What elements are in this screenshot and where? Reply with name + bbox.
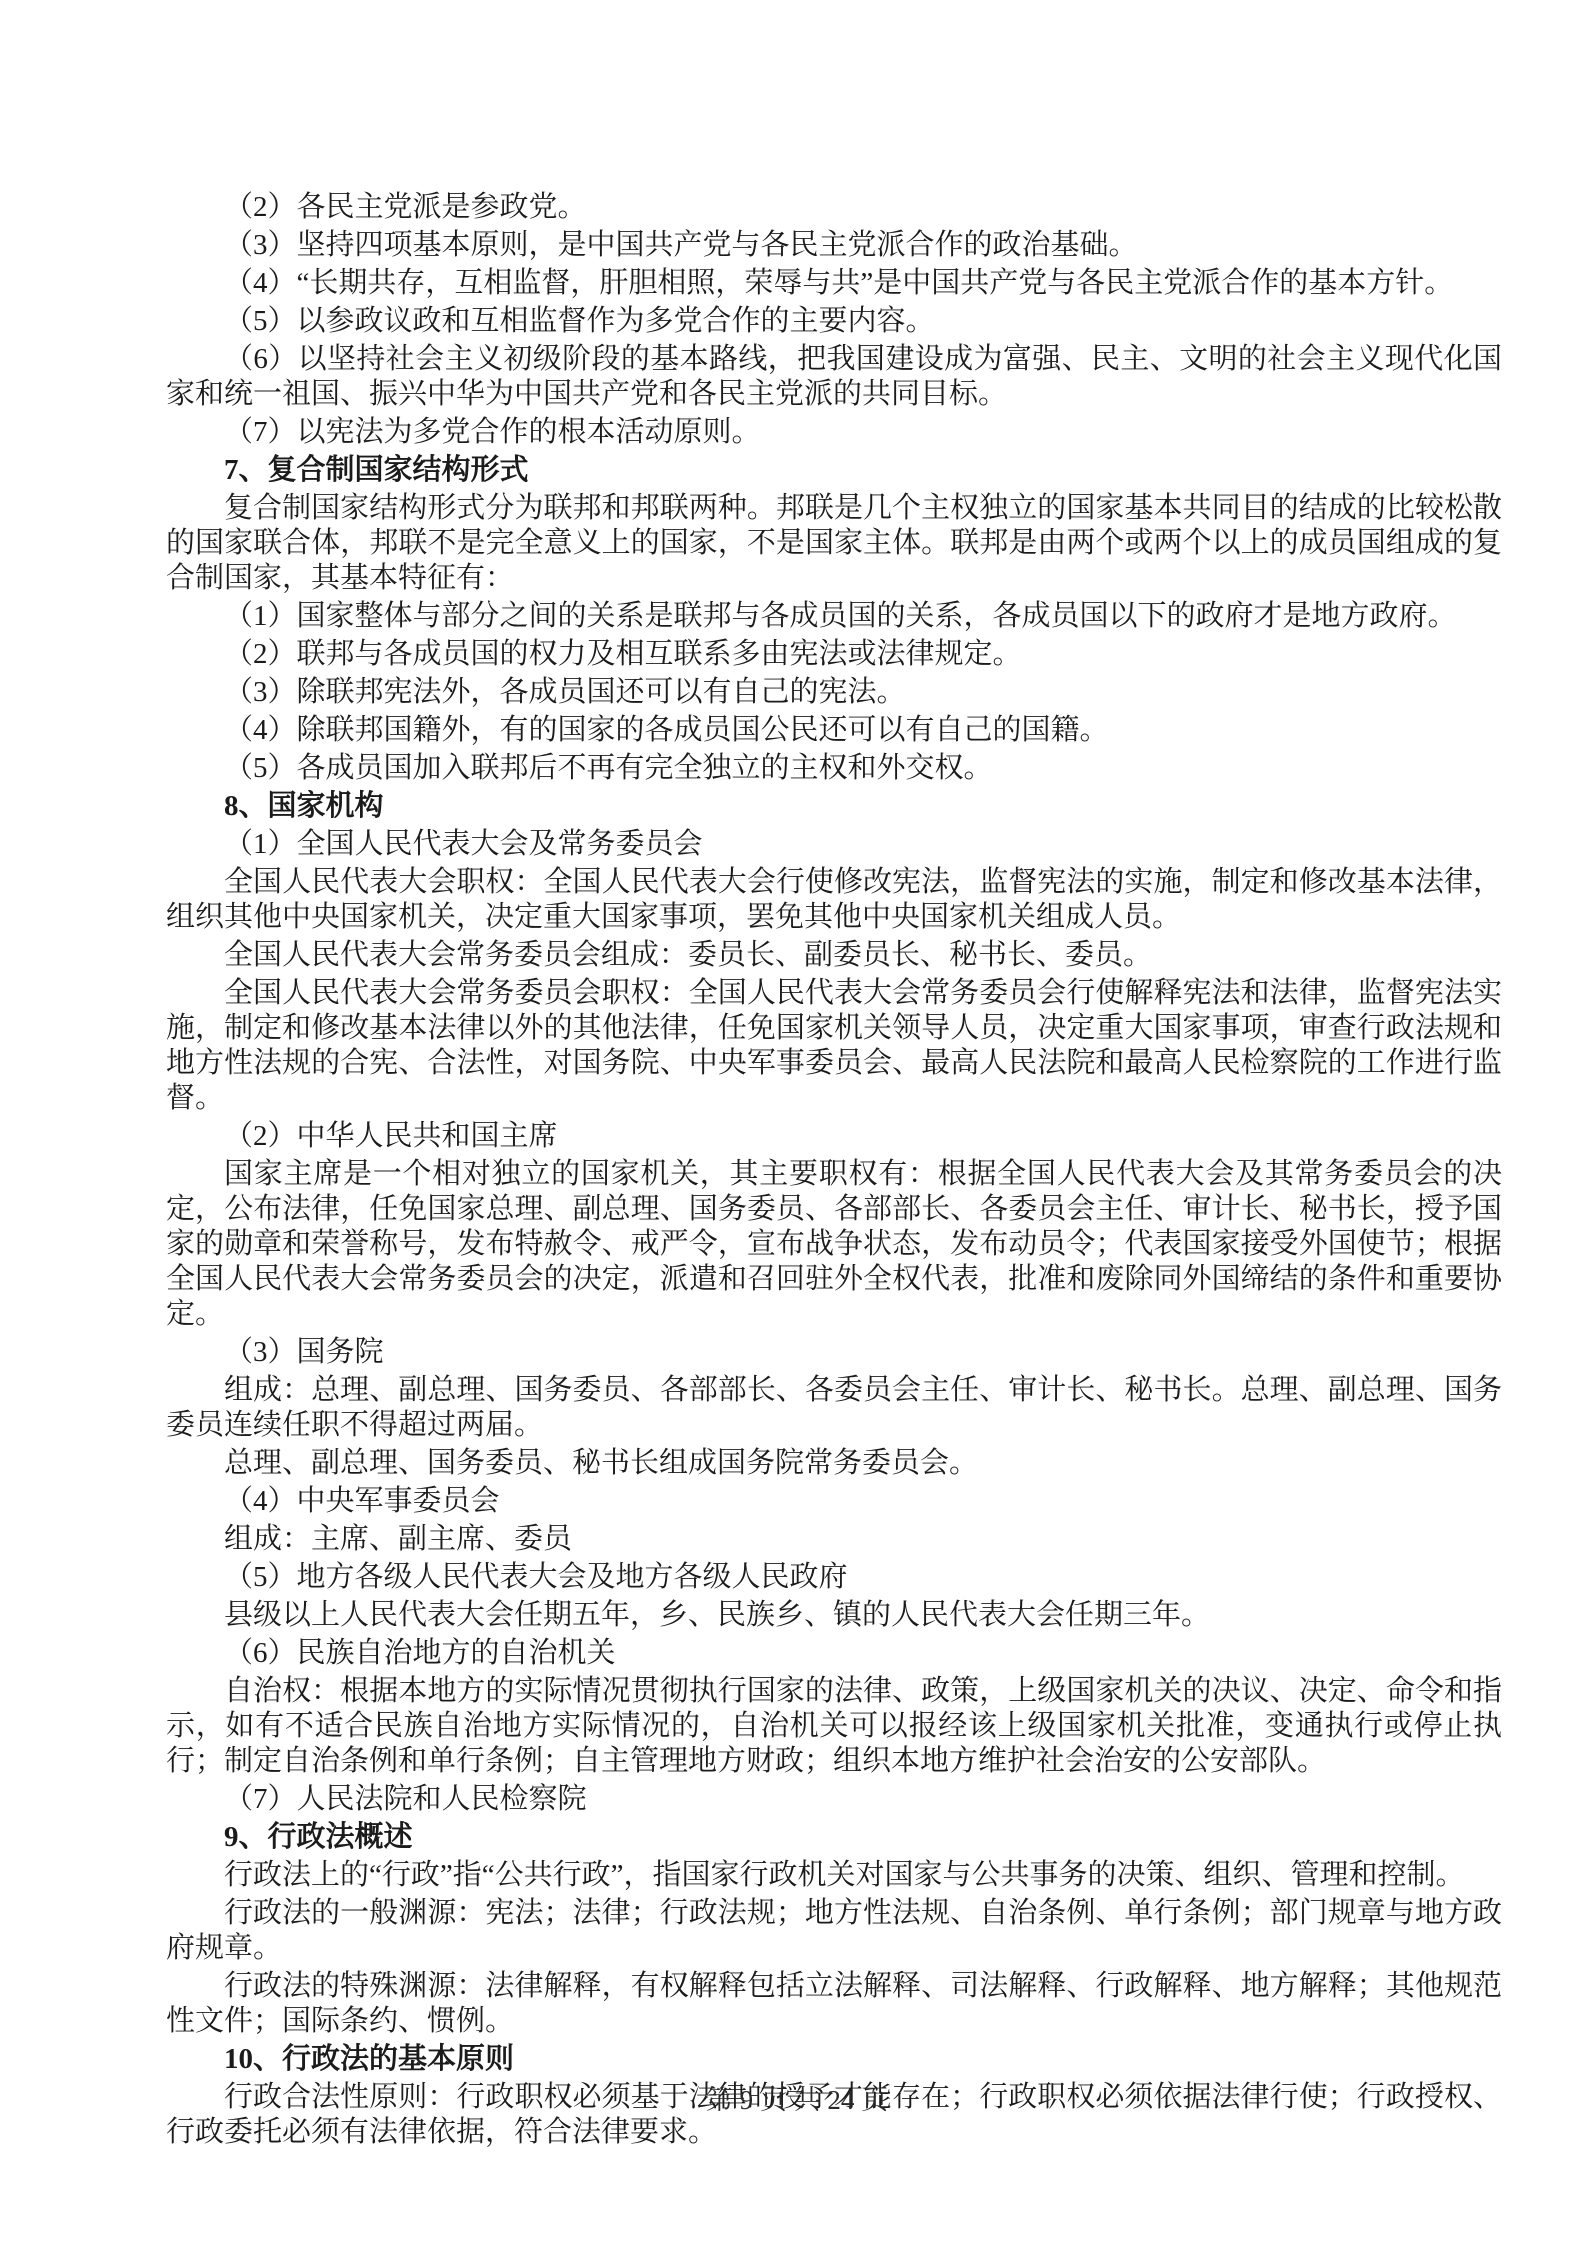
list-item: （5）各成员国加入联邦后不再有完全独立的主权和外交权。	[166, 751, 1502, 786]
list-item: （3）坚持四项基本原则，是中国共产党与各民主党派合作的政治基础。	[166, 228, 1502, 263]
paragraph: 全国人民代表大会常务委员会职权：全国人民代表大会常务委员会行使解释宪法和法律，监…	[166, 976, 1502, 1116]
section-heading: 10、行政法的基本原则	[166, 2042, 1502, 2077]
list-item: （2）联邦与各成员国的权力及相互联系多由宪法或法律规定。	[166, 637, 1502, 672]
list-item: （4）“长期共存，互相监督，肝胆相照，荣辱与共”是中国共产党与各民主党派合作的基…	[166, 266, 1502, 301]
section-heading: 8、国家机构	[166, 789, 1502, 824]
list-item: （7）以宪法为多党合作的根本活动原则。	[166, 415, 1502, 450]
list-item: （1）国家整体与部分之间的关系是联邦与各成员国的关系，各成员国以下的政府才是地方…	[166, 599, 1502, 634]
paragraph: 复合制国家结构形式分为联邦和邦联两种。邦联是几个主权独立的国家基本共同目的结成的…	[166, 491, 1502, 596]
paragraph: 全国人民代表大会职权：全国人民代表大会行使修改宪法，监督宪法的实施，制定和修改基…	[166, 865, 1502, 935]
list-item: （1）全国人民代表大会及常务委员会	[166, 827, 1502, 862]
list-item: （2）各民主党派是参政党。	[166, 190, 1502, 225]
list-item: （2）中华人民共和国主席	[166, 1119, 1502, 1154]
list-item: （6）以坚持社会主义初级阶段的基本路线，把我国建设成为富强、民主、文明的社会主义…	[166, 342, 1502, 412]
paragraph: 国家主席是一个相对独立的国家机关，其主要职权有：根据全国人民代表大会及其常务委员…	[166, 1157, 1502, 1332]
paragraph: 县级以上人民代表大会任期五年，乡、民族乡、镇的人民代表大会任期三年。	[166, 1598, 1502, 1633]
list-item: （6）民族自治地方的自治机关	[166, 1636, 1502, 1671]
list-item: （4）中央军事委员会	[166, 1484, 1502, 1519]
list-item: （4）除联邦国籍外，有的国家的各成员国公民还可以有自己的国籍。	[166, 713, 1502, 748]
section-heading: 9、行政法概述	[166, 1820, 1502, 1855]
paragraph: 全国人民代表大会常务委员会组成：委员长、副委员长、秘书长、委员。	[166, 938, 1502, 973]
section-heading: 7、复合制国家结构形式	[166, 453, 1502, 488]
paragraph: 总理、副总理、国务委员、秘书长组成国务院常务委员会。	[166, 1446, 1502, 1481]
list-item: （5）以参政议政和互相监督作为多党合作的主要内容。	[166, 304, 1502, 339]
paragraph: 组成：主席、副主席、委员	[166, 1522, 1502, 1557]
document-page: （2）各民主党派是参政党。（3）坚持四项基本原则，是中国共产党与各民主党派合作的…	[0, 0, 1594, 2252]
document-body: （2）各民主党派是参政党。（3）坚持四项基本原则，是中国共产党与各民主党派合作的…	[166, 190, 1502, 2153]
list-item: （3）国务院	[166, 1335, 1502, 1370]
paragraph: 行政法的一般渊源：宪法；法律；行政法规；地方性法规、自治条例、单行条例；部门规章…	[166, 1896, 1502, 1966]
paragraph: 行政法的特殊渊源：法律解释，有权解释包括立法解释、司法解释、行政解释、地方解释；…	[166, 1969, 1502, 2039]
list-item: （5）地方各级人民代表大会及地方各级人民政府	[166, 1560, 1502, 1595]
paragraph: 行政法上的“行政”指“公共行政”，指国家行政机关对国家与公共事务的决策、组织、管…	[166, 1858, 1502, 1893]
list-item: （3）除联邦宪法外，各成员国还可以有自己的宪法。	[166, 675, 1502, 710]
paragraph: 组成：总理、副总理、国务委员、各部部长、各委员会主任、审计长、秘书长。总理、副总…	[166, 1373, 1502, 1443]
paragraph: 自治权：根据本地方的实际情况贯彻执行国家的法律、政策，上级国家机关的决议、决定、…	[166, 1674, 1502, 1779]
list-item: （7）人民法院和人民检察院	[166, 1782, 1502, 1817]
page-footer: 第 9 页 共 24 页	[0, 2078, 1594, 2117]
